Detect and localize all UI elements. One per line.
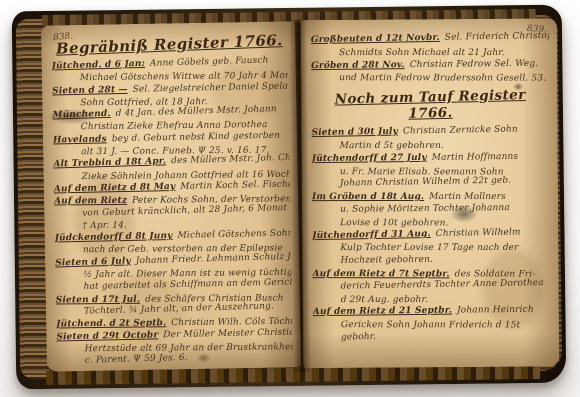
entry-text: Johann Heinrich	[457, 305, 534, 316]
entry-place-date: Auf dem Rietz d 8t May	[54, 182, 176, 195]
entry-text: u. Sophie Möritzen Tochter Johanna	[340, 203, 510, 215]
entry-text: † Apr. 14.	[82, 221, 127, 232]
entry-text: Martin Koch Sel. Fischer	[180, 179, 290, 191]
entry-text: hat gearbeitet als Schiffmann an dem Ger…	[83, 278, 291, 293]
entry-text: und Martin Fedrow Bruderssohn Gesell. 53…	[339, 74, 546, 84]
entry-place-date: Gröben d 28t Nov.	[311, 60, 405, 71]
register-entry-line: und Martin Fedrow Bruderssohn Gesell. 53…	[311, 72, 549, 85]
entry-text: Martin Hoffmanns	[432, 152, 519, 163]
entry-text: Johann Christian Wilhelm d 22t geb.	[340, 176, 512, 189]
register-entry-line: Auf dem Rietz d 21 Septbr.Johann Heinric…	[313, 304, 551, 319]
entry-place-date: Havelands	[53, 134, 107, 145]
entry-place-date: Jütchendorff d 27 July	[312, 153, 427, 164]
entry-text: Hochzeit gebohren.	[340, 255, 433, 266]
left-page-content: Begräbniß Register 1766. Jütchend. d 6 J…	[41, 21, 301, 371]
entry-text: Martin d 5t gebohren.	[340, 141, 444, 151]
entry-place-date: Sieten d 29t Octobr	[56, 330, 158, 342]
entry-text: c. Parent. Ψ 59 Jes. 6.	[85, 353, 188, 366]
entry-text: bey d. Geburt nebst Kind gestorben	[112, 131, 281, 145]
register-entry-line: Gröben d 28t Nov.Christian Fedrow Sel. W…	[311, 57, 549, 72]
photo-background: 838. Begräbniß Register 1766. Jütchend. …	[0, 0, 580, 397]
entry-place-date: Auf dem Rietz d 7t Septbr.	[313, 269, 450, 279]
entry-place-date: Großbeuten d 12t Novbr.	[311, 33, 440, 45]
entry-text: Martin Mollners	[429, 192, 506, 202]
entry-place-date: Jütchend. d 6 Jan:	[52, 59, 146, 72]
entry-text: Sel. Ziegelstreicher Daniel Spela	[133, 81, 289, 94]
entry-place-date: Sieten d 30t July	[311, 127, 398, 139]
entry-text: d 29t Aug. gebohr.	[341, 295, 428, 305]
register-entry-line: Hochzeit gebohren.	[312, 253, 550, 268]
open-register-book: 838. Begräbniß Register 1766. Jütchend. …	[12, 5, 567, 390]
register-entry-line: Sieten d 30t JulyChristian Zernicke Sohn	[311, 123, 549, 140]
entry-place-date: Im Gröben d 18t Aug.	[312, 192, 424, 202]
entry-place-date: Jütchend. d 2t Septb.	[56, 318, 166, 329]
right-page-entries-top: Großbeuten d 12t Novbr.Sel. Friderich Ch…	[311, 32, 549, 85]
entry-place-date: Sieten d 6 July	[55, 256, 131, 268]
entry-text: Kulp Tochter Lovise 17 Tage nach der	[340, 243, 518, 253]
entry-place-date: Auf dem Rietz	[54, 196, 127, 207]
entry-text: gebohr.	[341, 332, 376, 343]
entry-place-date: Jütchendorff d 31 Aug.	[312, 229, 431, 241]
register-entry-line: Johann Christian Wilhelm d 22t geb.	[312, 174, 550, 191]
entry-place-date: Alt Trebbin d 18t Apr.	[53, 157, 166, 170]
entry-text: des Müllers Mstr. Joh. Christian	[171, 152, 290, 166]
page-number-right: 839.	[526, 24, 547, 36]
entry-place-date: Sieten d 28t —	[52, 85, 128, 97]
entry-text: Christian Zernicke Sohn	[403, 125, 518, 137]
baptism-register-heading: Noch zum Tauf Register 1766.	[311, 87, 550, 125]
right-page-content: Großbeuten d 12t Novbr.Sel. Friderich Ch…	[301, 18, 559, 368]
entry-text: Der Müller Meister Christian	[163, 327, 292, 340]
right-page: 839. Großbeuten d 12t Novbr.Sel. Frideri…	[301, 18, 559, 368]
entry-text: derich Feuerherdts Tochter Anne Dorothea	[341, 278, 544, 292]
register-entry-line: Großbeuten d 12t Novbr.Sel. Friderich Ch…	[311, 30, 549, 47]
entry-text: Michael Götschens Sohn 3 Tag.	[177, 228, 290, 241]
entry-place-date: Münchend.	[52, 109, 110, 121]
left-page-entries: Jütchend. d 6 Jan:Anne Göbels geb. Fausc…	[52, 56, 293, 367]
page-number-left: 838.	[53, 31, 74, 43]
entry-text: Schmidts Sohn Michael alt 21 Jahr.	[339, 48, 505, 58]
left-page: 838. Begräbniß Register 1766. Jütchend. …	[41, 21, 301, 371]
entry-text: Anne Göbels geb. Fausch	[150, 55, 269, 68]
right-page-entries-bottom: Sieten d 30t JulyChristian Zernicke Sohn…	[312, 126, 552, 345]
entry-text: Lovise d 10t gebohren.	[340, 218, 448, 228]
entry-text: d 4t Jan. des Müllers Mstr. Johann	[116, 104, 277, 118]
entry-place-date: Jüdckendorff d 8t Juny	[55, 231, 173, 243]
register-entry-line: u. Sophie Möritzen Tochter Johanna	[312, 202, 550, 217]
entry-text: Christian Wilhelm	[436, 227, 521, 238]
entry-text: Christian Fedrow Sel. Weg,	[410, 58, 539, 69]
register-entry-line: Jütchendorff d 27 JulyMartin Hoffmanns	[312, 150, 550, 165]
entry-place-date: Auf dem Rietz d 21 Septbr.	[313, 306, 452, 317]
